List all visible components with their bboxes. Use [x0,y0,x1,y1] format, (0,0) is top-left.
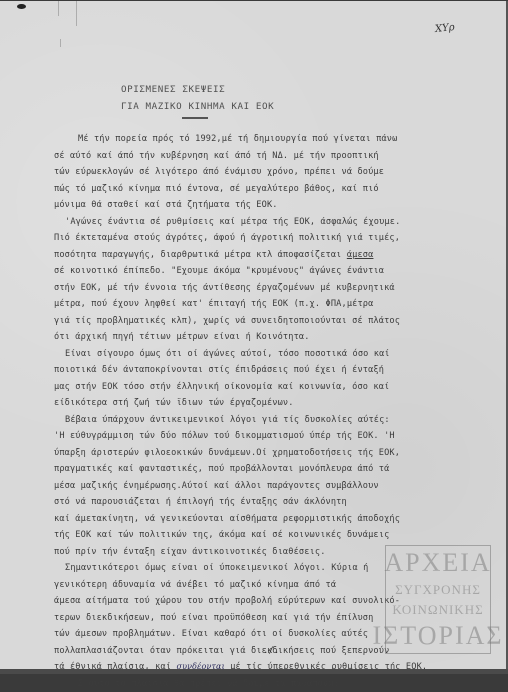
text-line: μόνιμα θά σταθεί καί στά ζητήματα τής ΕΟ… [54,197,474,214]
text-segment: ποσότητα παραγωγής, διαρθρωτικά μέτρα κτ… [54,250,347,260]
ink-speck [17,4,26,9]
text-line: τών άμεσων προβλημάτων. Είναι καθαρό ότι… [54,626,474,643]
paper-crease [60,39,61,47]
text-line: Βέβαια ύπάρχουν άντικειμενικοί λόγοι γιά… [54,412,474,429]
text-line: μέτρα, πού έχουν ληφθεί κατ' έπιταγή τής… [54,296,474,313]
text-line: Σημαντικότεροι όμως είναι οί ύποκειμενικ… [54,560,474,577]
text-line: πραγματικές καί φανταστικές, πού προβάλλ… [54,461,474,478]
text-line: πού πρίν τήν ένταξη είχαν άντικοινοτικές… [54,544,474,561]
title-line-1: ΟΡΙΣΜΕΝΕΣ ΣΚΕΨΕΙΣ [121,81,274,98]
underlined-word: άμεσα [347,250,374,260]
text-line: σέ κοινοτικό έπίπεδο. "Εχουμε άκόμα "κρυ… [54,263,474,280]
text-line: 'Αγώνες ένάντια σέ ρυθμίσεις καί μέτρα τ… [54,214,474,231]
text-line: πώς τό μαζικό κίνημα πιό έντονα, σέ μεγα… [54,181,474,198]
text-line: Είναι σίγουρο όμως ότι οί άγώνες αύτοί, … [54,346,474,363]
text-line: ποσότητα παραγωγής, διαρθρωτικά μέτρα κτ… [54,247,474,264]
title-line-2: ΓΙΑ ΜΑΖΙΚΟ ΚΙΝΗΜΑ ΚΑΙ ΕΟΚ [121,98,274,115]
text-line: 'Η εύθυγράμμιση τών δύο πόλων τού δικομμ… [54,428,474,445]
text-line: ποιοτικά δέν άνταποκρίνονται στίς έπιδρά… [54,362,474,379]
text-line: στήν ΕΟΚ, μέ τήν έννοια τής άντίθεσης έρ… [54,280,474,297]
text-line: ύπαρξη άριστερών φιλοεοκικών δυνάμεων.Οί… [54,445,474,462]
text-line: μας στήν ΕΟΚ τόσο στήν έλληνική οίκονομί… [54,379,474,396]
text-line: είδικότερα στή ζωή τών ϊδιων τών έργαζομ… [54,395,474,412]
text-line: Μέ τήν πορεία πρός τό 1992,μέ τή δημιουρ… [54,131,474,148]
title-underline [182,117,208,119]
scan-border [0,669,508,674]
text-line: τών εύρωεκλογών σέ λιγότερο άπό ένάμισυ … [54,164,474,181]
text-line: γενικότερη άδυναμία νά άνέβει τό μαζικό … [54,577,474,594]
paper-crease [76,1,77,26]
text-line: σέ αύτό καί άπό τήν κυβέρνηση καί άπό τή… [54,148,474,165]
text-line: τής ΕΟΚ καί τών πολιτικών της, άκόμα καί… [54,527,474,544]
document-title: ΟΡΙΣΜΕΝΕΣ ΣΚΕΨΕΙΣ ΓΙΑ ΜΑΖΙΚΟ ΚΙΝΗΜΑ ΚΑΙ … [121,81,274,115]
text-line: Πιό έκτεταμένα στούς άγρότες, άφού ή άγρ… [54,230,474,247]
text-line: στό νά παρουσιάζεται ή έπιλογή τής ένταξ… [54,494,474,511]
end-mark: ./. [263,646,279,656]
text-line: γιά τίς προβληματικές κλπ), χωρίς νά συν… [54,313,474,330]
text-line: καί άμετακίνητη, νά γενικεύονται αίσθήμα… [54,511,474,528]
text-line: τερων διεκδικήσεων, πού είναι προϋπόθεση… [54,610,474,627]
document-body: Μέ τήν πορεία πρός τό 1992,μέ τή δημιουρ… [54,131,474,674]
text-line: μέσα μαζικής ένημέρωσης.Αύτοί καί άλλοι … [54,478,474,495]
document-page: ΧΥρ ΟΡΙΣΜΕΝΕΣ ΣΚΕΨΕΙΣ ΓΙΑ ΜΑΖΙΚΟ ΚΙΝΗΜΑ … [0,1,508,669]
text-line: άμεσα αίτήματα τού χώρου του στήν προβολ… [54,593,474,610]
handwritten-mark: ΧΥρ [434,22,455,35]
paper-crease [58,1,59,16]
text-line: ότι άρχική πηγή τέτιων μέτρων είναι ή Κο… [54,329,474,346]
